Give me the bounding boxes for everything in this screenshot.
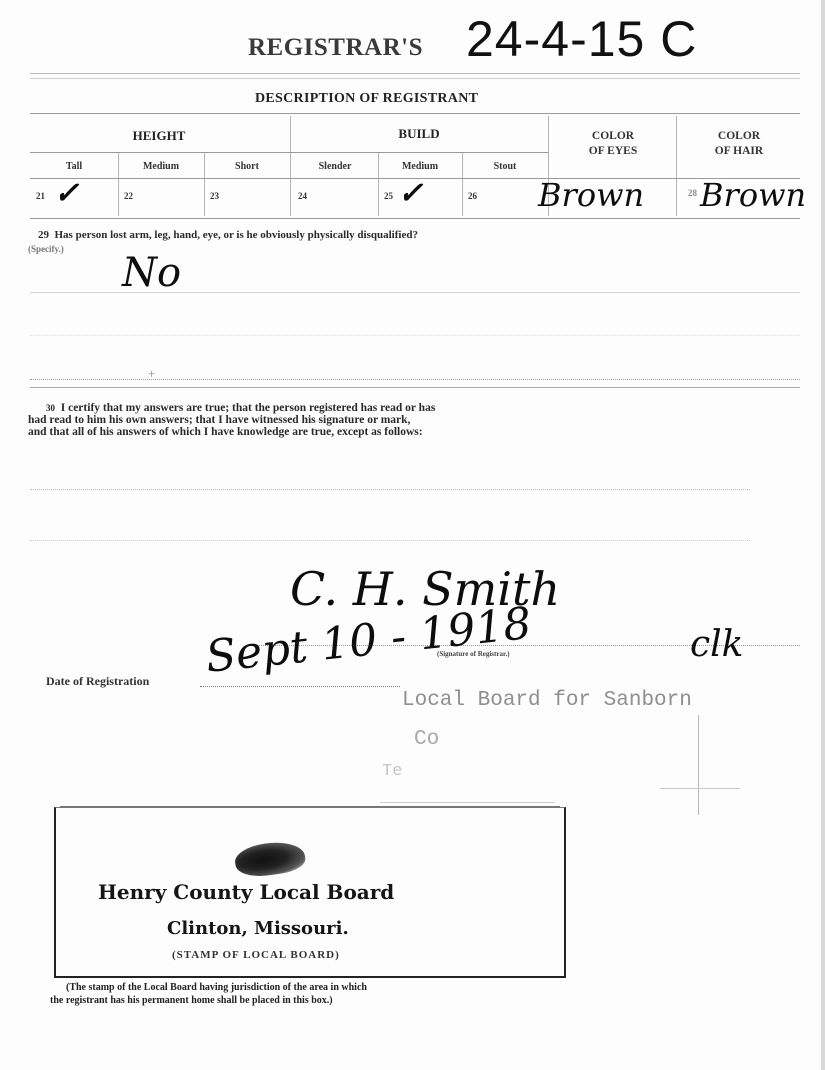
draft-card-back: REGISTRAR'S 24-4-15 C DESCRIPTION OF REG…	[0, 0, 825, 1070]
hair-color-value: Brown	[700, 176, 806, 214]
stamp-label: (STAMP OF LOCAL BOARD)	[172, 949, 340, 961]
typed-board-line2: Co	[414, 728, 439, 751]
disqualification-answer: No	[122, 250, 181, 296]
divider	[380, 802, 555, 803]
date-line	[200, 686, 400, 687]
build-header: BUILD	[292, 126, 546, 142]
question-29-text: 29 Has person lost arm, leg, hand, eye, …	[38, 229, 418, 241]
field-number: 25	[384, 191, 393, 201]
medium-build-checkmark: ✓	[398, 176, 423, 211]
specify-label: (Specify.)	[28, 244, 64, 254]
crosshair-mark	[660, 788, 740, 789]
question-number: 29	[38, 229, 49, 241]
medium-build-label: Medium	[378, 161, 462, 172]
divider	[290, 116, 291, 216]
field-number: 21	[36, 191, 45, 201]
section-title: DESCRIPTION OF REGISTRANT	[255, 91, 478, 107]
divider	[30, 73, 800, 74]
typed-board-line1: Local Board for Sanborn	[402, 689, 692, 712]
answer-line	[30, 292, 800, 293]
typed-board-line3: Te	[382, 762, 402, 781]
hair-header-line1: COLOR	[678, 130, 800, 142]
answer-line	[30, 540, 750, 541]
field-number: 26	[468, 191, 477, 201]
short-label: Short	[204, 161, 290, 172]
crosshair-mark	[698, 715, 699, 815]
medium-height-label: Medium	[118, 161, 204, 172]
table-bottom-border	[30, 218, 800, 219]
field-number: 28	[688, 188, 697, 198]
eyes-header-line2: OF EYES	[550, 145, 676, 157]
certification-line: I certify that my answers are true; that…	[61, 402, 436, 414]
divider	[676, 116, 677, 216]
registrar-label: REGISTRAR'S	[248, 34, 423, 62]
serial-number-stamp: 24-4-15 C	[466, 10, 697, 68]
question-text: Has person lost arm, leg, hand, eye, or …	[55, 229, 418, 241]
page-edge	[821, 0, 825, 1070]
table-top-border	[30, 113, 800, 114]
divider	[30, 78, 800, 79]
tall-label: Tall	[30, 161, 118, 172]
answer-line	[30, 335, 800, 336]
height-header: HEIGHT	[30, 128, 288, 144]
eye-color-value: Brown	[538, 176, 644, 214]
question-number: 30	[46, 403, 55, 413]
registration-mark-icon: +	[148, 366, 155, 382]
eyes-header-line1: COLOR	[550, 130, 676, 142]
registration-date-label: Date of Registration	[46, 674, 149, 689]
stamp-board-name: Henry County Local Board	[98, 880, 394, 904]
hair-header-line2: OF HAIR	[678, 145, 800, 157]
slender-label: Slender	[292, 161, 378, 172]
stamp-note-line1: (The stamp of the Local Board having jur…	[66, 982, 367, 994]
field-number: 23	[210, 191, 219, 201]
answer-line	[30, 489, 750, 490]
stamp-location: Clinton, Missouri.	[167, 918, 349, 939]
tall-checkmark: ✓	[54, 176, 79, 211]
divider	[30, 387, 800, 388]
answer-line	[30, 379, 800, 380]
field-number: 22	[124, 191, 133, 201]
field-number: 24	[298, 191, 307, 201]
stamp-note-line2: the registrant has his permanent home sh…	[50, 995, 333, 1007]
question-30-text: 30 I certify that my answers are true; t…	[28, 402, 808, 438]
registrar-title: clk	[690, 624, 744, 665]
divider	[30, 152, 548, 153]
certification-line: had read to him his own answers; that I …	[28, 414, 808, 426]
stout-label: Stout	[462, 161, 548, 172]
certification-line: and that all of his answers of which I h…	[28, 426, 808, 438]
